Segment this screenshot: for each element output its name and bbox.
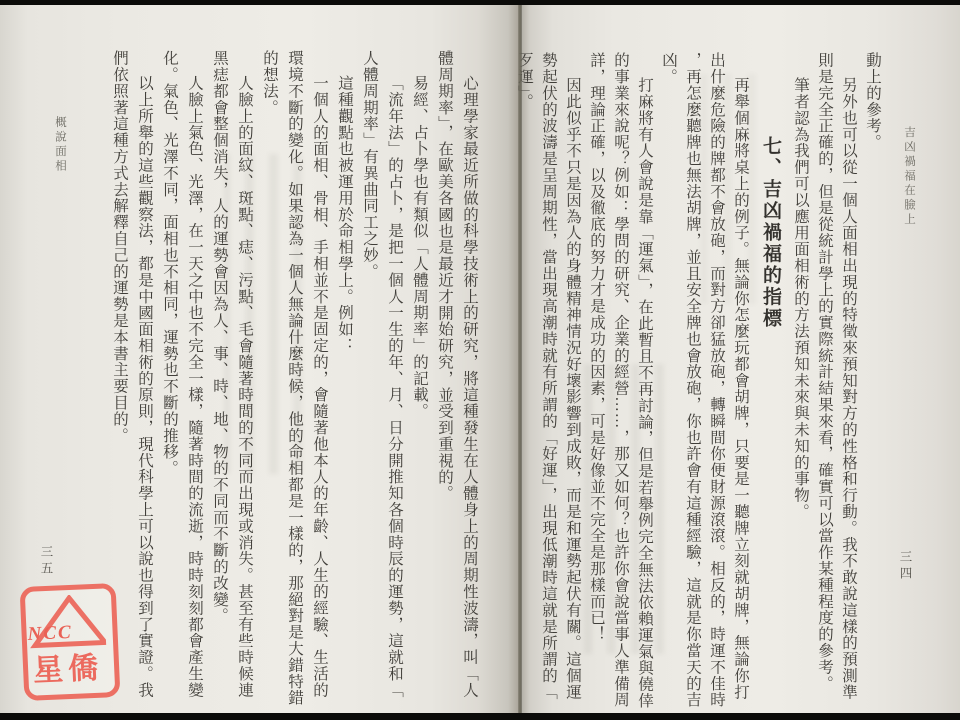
paragraph: 心理學家最近所做的科學技術上的研究，將這種發生在人體身上的周期性波濤，叫「人體周… [432,50,482,707]
paragraph: 打麻將有人會說是靠「運氣」，在此暫且不再討論，但是若舉例完全無法依賴運氣與僥倖的… [584,52,656,709]
stamp-ncc-text: NCC [27,622,73,646]
paragraph: 動上的參考。 [860,52,884,709]
paragraph: 筆者認為我們可以應用面相術的方法預知未來與未知的事物。 [788,52,812,709]
paragraph: 另外也可以從一個人面相出現的特徵來預知對方的性格和行動。我不敢說這樣的預測準則是… [812,52,860,709]
running-header-left: 概說面相 [52,116,68,174]
page-number-right: 三四 [896,550,914,583]
paragraph: 人臉上的面紋、斑點、痣、污點、毛會隨著時間的不同而出現或消失。甚至有些時候連黑痣… [207,50,257,707]
right-page-text: 動上的參考。 另外也可以從一個人面相出現的特徵來預知對方的性格和行動。我不敢說這… [519,52,884,709]
running-header-right: 吉凶禍福在臉上 [901,126,917,228]
paragraph: 再舉個麻將桌上的例子。無論你怎麼玩都會胡牌，只要是一聽牌立刻就胡牌，無論你打出什… [656,52,752,709]
paragraph: 因此似乎不只是因為人的身體精神情況好壞影響到成敗，而是和運勢起伏有關。這個運勢起… [512,52,584,709]
book-scan: 心理學家最近所做的科學技術上的研究，將這種發生在人體身上的周期性波濤，叫「人體周… [0,0,960,720]
paragraph: 這種觀點也被運用於命相學上。例如： [332,50,357,707]
book-gutter [518,4,522,714]
page-number-left: 三五 [37,545,55,578]
scan-edge-bottom [0,713,960,720]
section-heading: 七、吉凶禍福的指標 [758,52,782,709]
paragraph: 易經、占卜學也有類似「人體周期率」的記載。 [407,50,432,707]
page-right: 動上的參考。 另外也可以從一個人面相出現的特徵來預知對方的性格和行動。我不敢說這… [521,4,960,714]
stamp-name-text: 星僑 [32,643,104,690]
scan-edge-top [0,0,960,5]
paragraph: 一個人的面相、骨相、手相並不是固定的，會隨著他本人的年齡、人生的經驗、生活的環境… [257,50,332,707]
paragraph: 人臉上氣色、光澤，在一天之中也不完全一樣，隨著時間的流逝，時時刻刻都會產生變化。… [157,50,207,707]
publisher-stamp: NCC 星僑 [20,583,121,701]
left-page-text: 心理學家最近所做的科學技術上的研究，將這種發生在人體身上的周期性波濤，叫「人體周… [110,50,482,707]
paragraph: 「流年法」的占卜，是把一個人一生的年、月、日分開推知各個時辰的運勢，這就和「人體… [357,50,407,707]
